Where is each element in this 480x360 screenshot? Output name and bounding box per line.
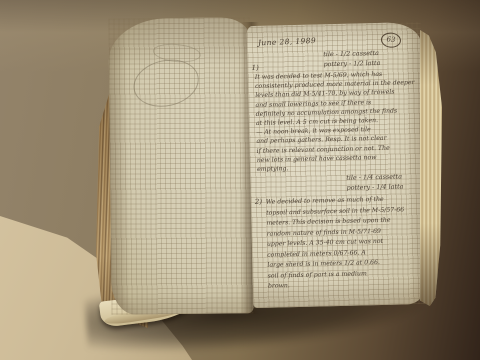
right-page: June 28, 1989 63 tile - 1/2 cassettapott… (247, 22, 428, 308)
page-curvature-shading (108, 17, 253, 314)
notebook-photo: June 28, 1989 63 tile - 1/2 cassettapott… (0, 0, 480, 360)
left-page (108, 17, 253, 314)
page-curvature-shading (247, 22, 428, 308)
